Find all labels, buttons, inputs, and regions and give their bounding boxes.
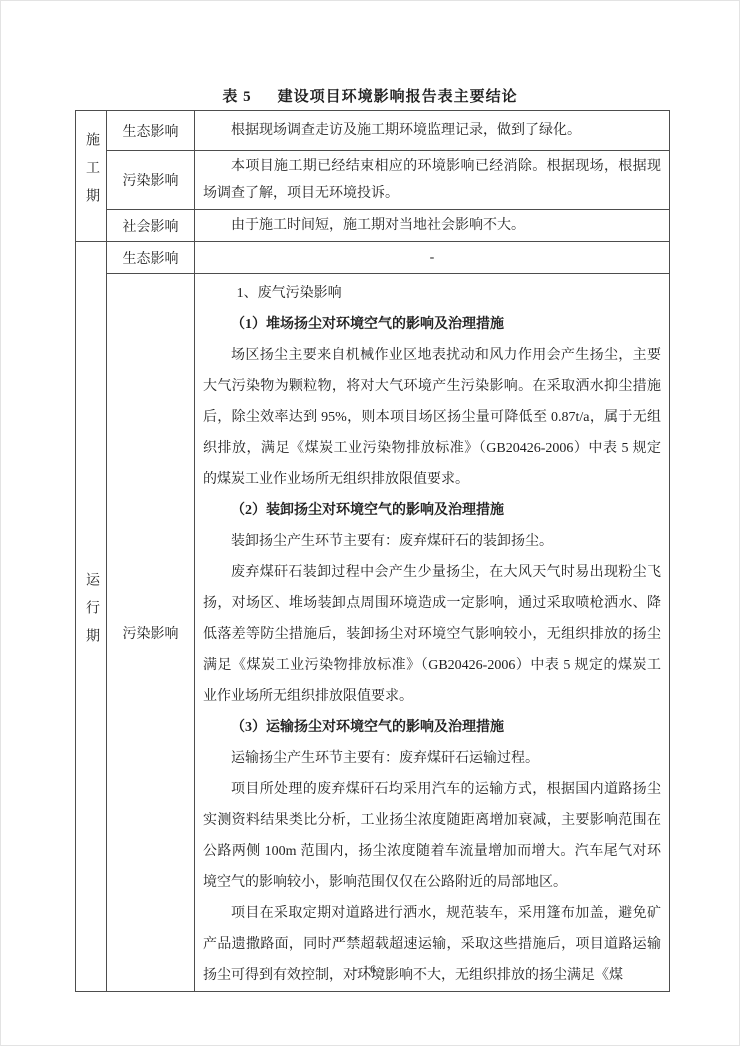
paragraph: 项目在采取定期对道路进行洒水，规范装车，采用篷布加盖，避免矿产品遗撒路面，同时严…	[203, 898, 661, 991]
aspect-cell: 污染影响	[107, 151, 195, 210]
paragraph: （3）运输扬尘对环境空气的影响及治理措施	[203, 712, 661, 743]
paragraph: 场区扬尘主要来自机械作业区地表扰动和风力作用会产生扬尘，主要大气污染物为颗粒物，…	[203, 340, 661, 495]
aspect-cell: 生态影响	[107, 111, 195, 151]
period-cell-operation: 运行期	[76, 242, 107, 992]
table-caption: 表 5建设项目环境影响报告表主要结论	[0, 85, 740, 106]
period-cell-construction: 施工期	[76, 111, 107, 242]
aspect-cell: 生态影响	[107, 242, 195, 274]
table-caption-label: 表 5	[222, 89, 251, 105]
document-page: 表 5建设项目环境影响报告表主要结论 施工期 生态影响 根据现场调查走访及施工期…	[0, 0, 740, 1046]
paragraph: 1、废气污染影响	[203, 278, 661, 309]
period-label: 施工期	[81, 132, 101, 216]
page-number: - 16 -	[0, 962, 740, 977]
table-row: 施工期 生态影响 根据现场调查走访及施工期环境监理记录，做到了绿化。	[76, 111, 670, 151]
content-cell: 由于施工时间短，施工期对当地社会影响不大。	[195, 210, 670, 242]
paragraph: 废弃煤矸石装卸过程中会产生少量扬尘，在大风天气时易出现粉尘飞扬，对场区、堆场装卸…	[203, 557, 661, 712]
table-caption-title: 建设项目环境影响报告表主要结论	[278, 89, 518, 105]
paragraph: （1）堆场扬尘对环境空气的影响及治理措施	[203, 309, 661, 340]
content-cell: 根据现场调查走访及施工期环境监理记录，做到了绿化。	[195, 111, 670, 151]
table-row: 社会影响 由于施工时间短，施工期对当地社会影响不大。	[76, 210, 670, 242]
table-row: 污染影响 本项目施工期已经结束相应的环境影响已经消除。根据现场，根据现场调查了解…	[76, 151, 670, 210]
period-label: 运行期	[81, 572, 101, 656]
paragraph: 项目所处理的废弃煤矸石均采用汽车的运输方式，根据国内道路扬尘实测资料结果类比分析…	[203, 774, 661, 898]
paragraph: （2）装卸扬尘对环境空气的影响及治理措施	[203, 495, 661, 526]
paragraph: 运输扬尘产生环节主要有：废弃煤矸石运输过程。	[203, 743, 661, 774]
conclusions-table: 施工期 生态影响 根据现场调查走访及施工期环境监理记录，做到了绿化。 污染影响 …	[75, 110, 670, 992]
table-row: 污染影响 1、废气污染影响 （1）堆场扬尘对环境空气的影响及治理措施 场区扬尘主…	[76, 274, 670, 992]
content-cell: 本项目施工期已经结束相应的环境影响已经消除。根据现场，根据现场调查了解，项目无环…	[195, 151, 670, 210]
aspect-cell: 污染影响	[107, 274, 195, 992]
content-cell: -	[195, 242, 670, 274]
content-cell: 1、废气污染影响 （1）堆场扬尘对环境空气的影响及治理措施 场区扬尘主要来自机械…	[195, 274, 670, 992]
paragraph: 装卸扬尘产生环节主要有：废弃煤矸石的装卸扬尘。	[203, 526, 661, 557]
table-row: 运行期 生态影响 -	[76, 242, 670, 274]
aspect-cell: 社会影响	[107, 210, 195, 242]
